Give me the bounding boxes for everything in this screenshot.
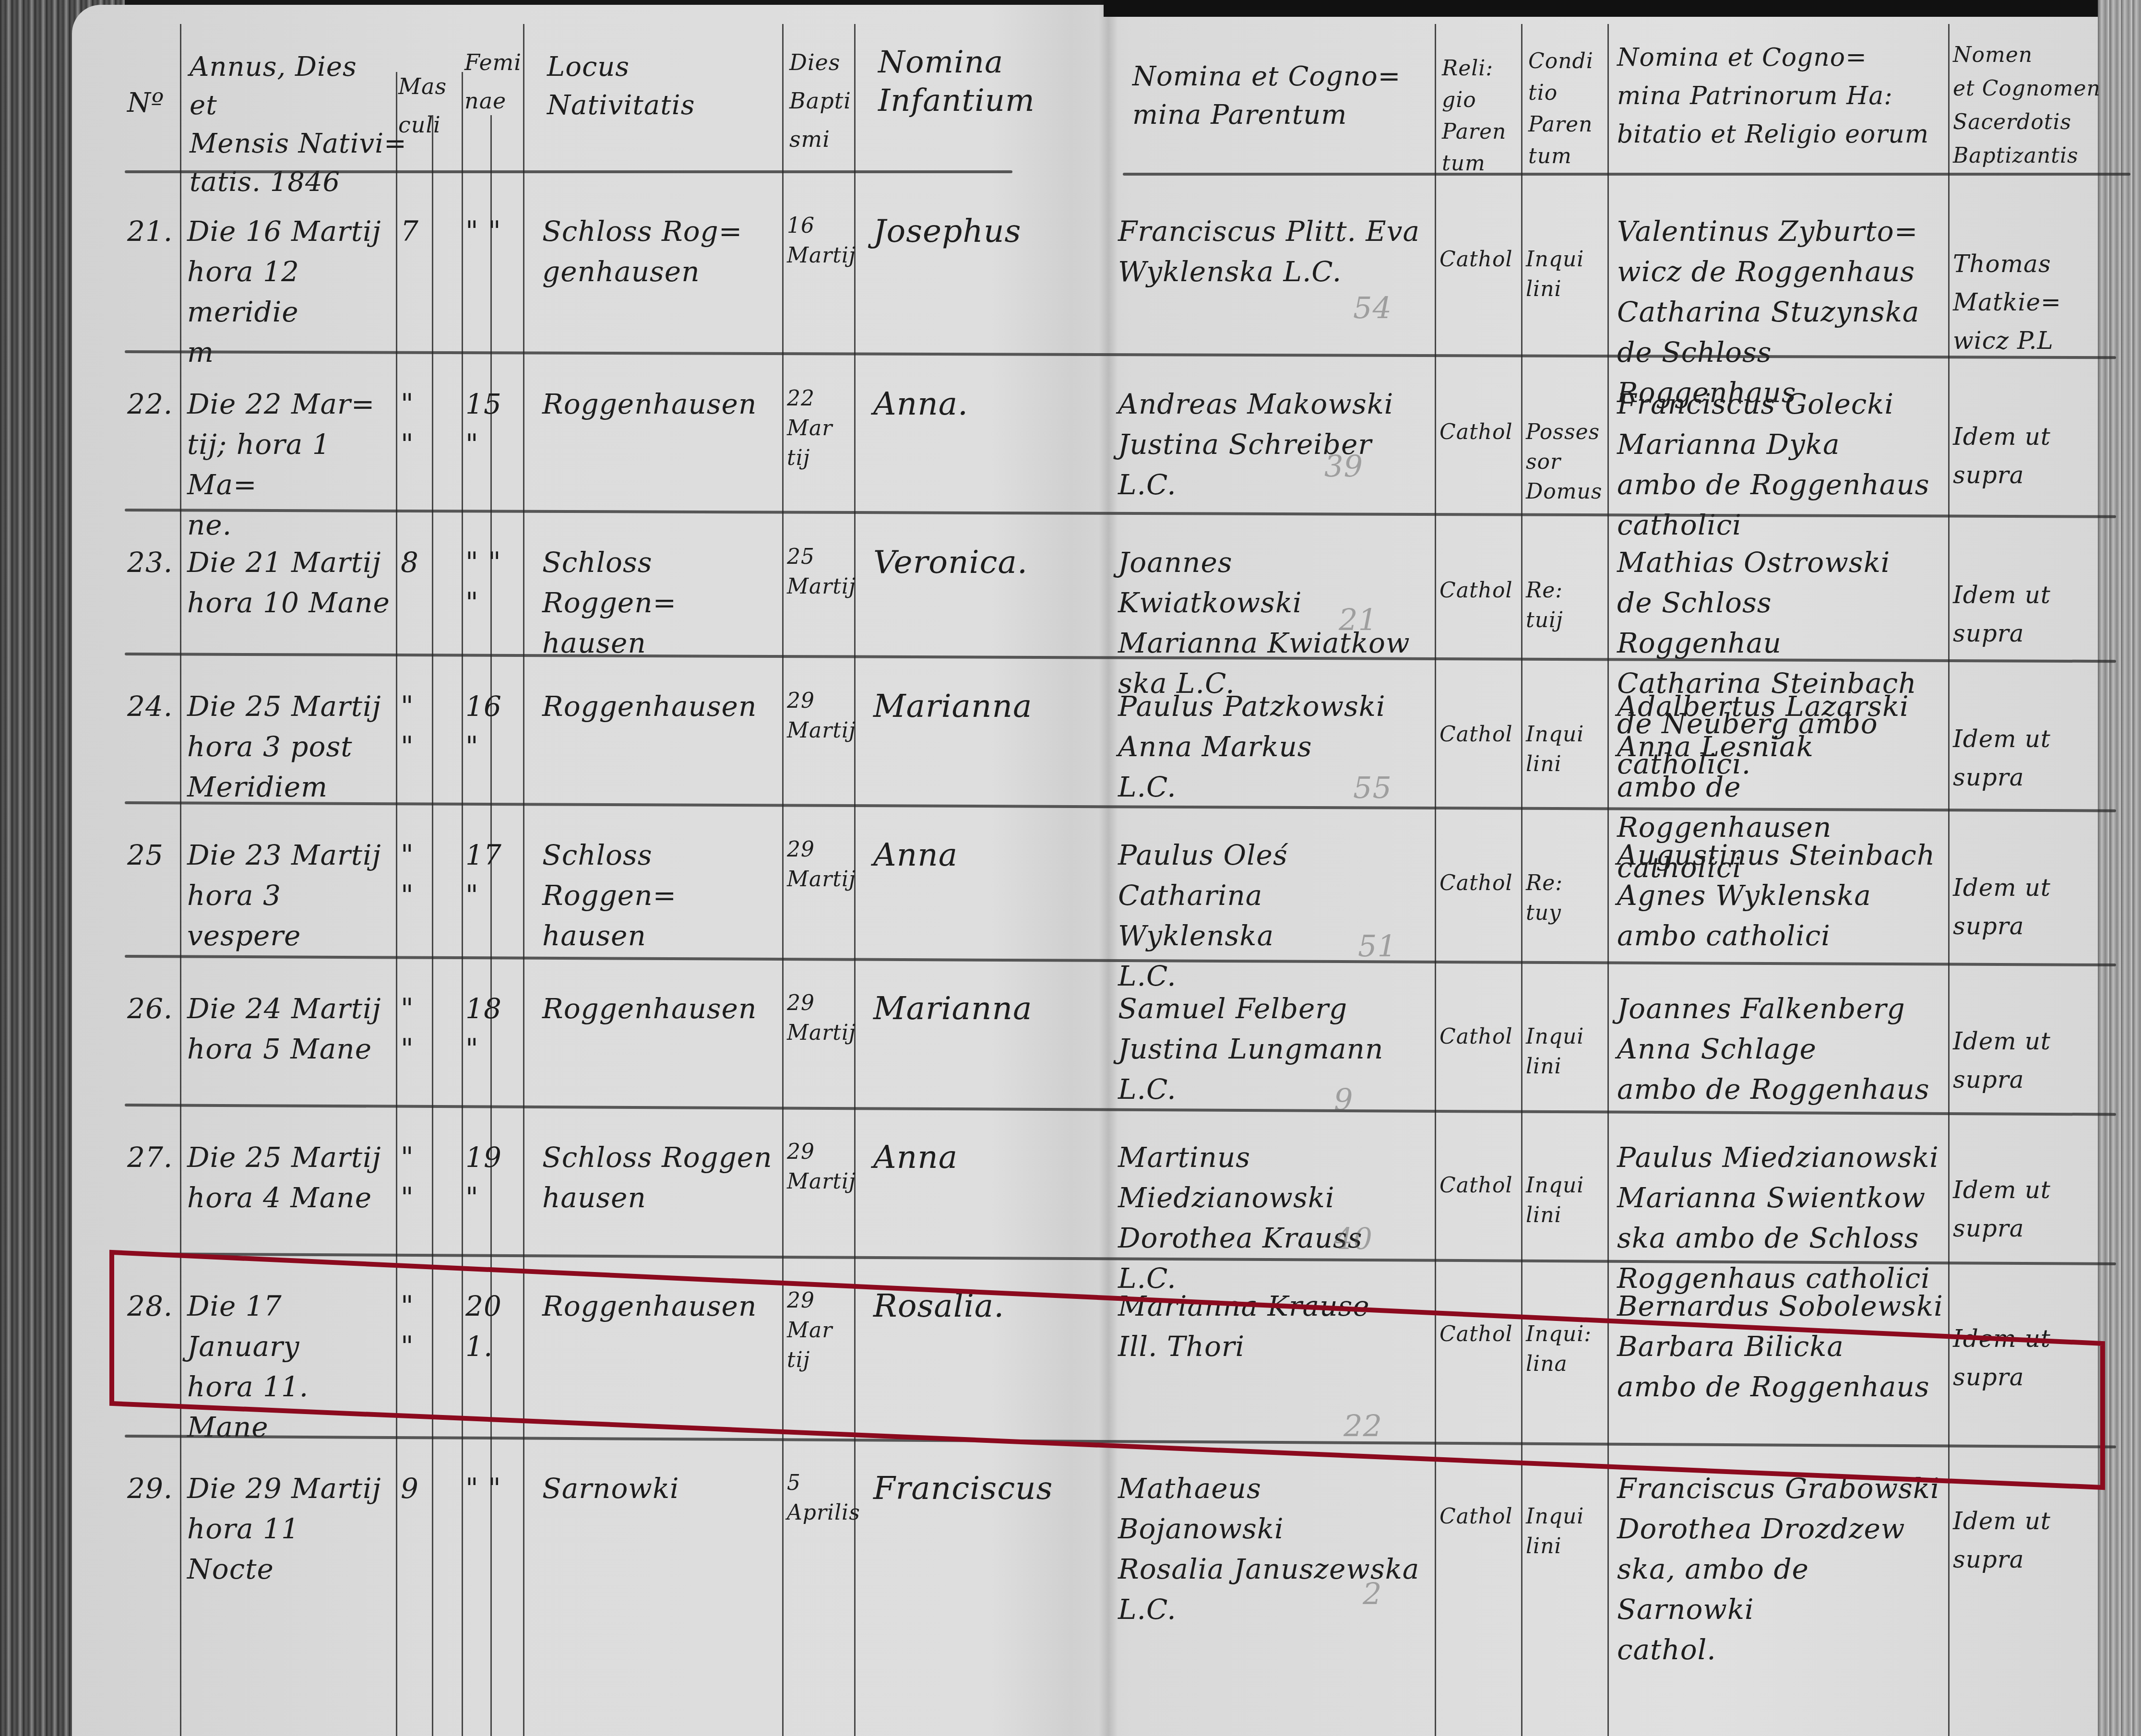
entry-conditio: Re: tuij <box>1526 576 1603 635</box>
entry-religio: Cathol <box>1439 720 1516 749</box>
entry-sacerdos: Idem ut supra <box>1953 1320 2106 1396</box>
entry-masc: " " <box>401 988 429 1069</box>
entry-date: Die 17 January hora 11. Mane <box>187 1286 393 1447</box>
entry-locus: Roggenhausen <box>542 686 773 726</box>
entry-conditio: Inqui lini <box>1526 1502 1603 1561</box>
header-rule <box>1123 173 2130 176</box>
entry-nomen: Anna. <box>873 384 1113 424</box>
entry-no: 26. <box>127 988 156 1029</box>
entry-masc: 8 <box>401 542 429 583</box>
entry-date: Die 22 Mar= tij; hora 1 Ma= ne. <box>187 384 393 545</box>
header-number: Nº <box>127 84 164 122</box>
entry-masc: " " <box>401 686 429 767</box>
entry-nomen: Anna <box>873 835 1113 875</box>
entry-parentes: Samuel Felberg Justina Lungmann L.C. <box>1118 988 1425 1109</box>
entry-patrini: Paulus Miedzianowski Marianna Swientkow … <box>1617 1137 1943 1298</box>
pencil-margin-number: 39 <box>1324 446 1363 487</box>
entry-fem: " " <box>465 211 523 251</box>
pencil-margin-number: 9 <box>1334 1080 1353 1120</box>
entry-bapt: 29 Martij <box>787 1137 849 1197</box>
column-rule <box>1435 24 1436 1736</box>
entry-masc: " " <box>401 1286 429 1367</box>
entry-no: 21. <box>127 211 156 251</box>
entry-masc: " " <box>401 835 429 916</box>
entry-locus: Roggenhausen <box>542 988 773 1029</box>
entry-nomen: Marianna <box>873 686 1113 726</box>
entry-no: 23. <box>127 542 156 583</box>
entry-nomen: Franciscus <box>873 1468 1113 1509</box>
entry-religio: Cathol <box>1439 1320 1516 1349</box>
entry-sacerdos: Idem ut supra <box>1953 576 2106 653</box>
entry-religio: Cathol <box>1439 1171 1516 1201</box>
column-rule <box>180 24 181 1736</box>
entry-sacerdos: Idem ut supra <box>1953 1171 2106 1248</box>
entry-fem: 15 " <box>465 384 523 464</box>
column-rule <box>1521 24 1522 1736</box>
entry-bapt: 5 Aprilis <box>787 1468 849 1528</box>
entry-bapt: 22 Mar tij <box>787 384 849 473</box>
entry-locus: Schloss Roggen= hausen <box>542 542 773 663</box>
entry-fem: 18 " <box>465 988 523 1069</box>
header-priest: Nomen et Cognomen Sacerdotis Baptizantis <box>1953 38 2101 173</box>
entry-date: Die 29 Martij hora 11 Nocte <box>187 1468 393 1589</box>
entry-sacerdos: Idem ut supra <box>1953 868 2106 945</box>
scan-shadow <box>1104 0 2141 17</box>
entry-religio: Cathol <box>1439 868 1516 898</box>
header-baptism-day: Dies Bapti smi <box>789 43 851 158</box>
entry-sacerdos: Thomas Matkie= wicz P.L <box>1953 245 2106 360</box>
header-locus: Locus Nativitatis <box>547 48 695 125</box>
entry-patrini: Valentinus Zyburto= wicz de Roggenhaus C… <box>1617 211 1943 413</box>
entry-no: 25 <box>127 835 156 875</box>
entry-date: Die 16 Martij hora 12 meridie m <box>187 211 393 372</box>
entry-sacerdos: Idem ut supra <box>1953 1022 2106 1099</box>
entry-masc: 9 <box>401 1468 429 1509</box>
column-rule <box>523 24 524 1736</box>
entry-date: Die 25 Martij hora 3 post Meridiem <box>187 686 393 807</box>
entry-date: Die 25 Martij hora 4 Mane <box>187 1137 393 1218</box>
pencil-margin-number: 21 <box>1339 600 1378 640</box>
entry-conditio: Inqui lini <box>1526 1022 1603 1082</box>
column-rule <box>462 72 463 1736</box>
column-rule <box>396 72 397 1736</box>
entry-bapt: 29 Martij <box>787 988 849 1048</box>
entry-locus: Schloss Roggen= hausen <box>542 835 773 956</box>
entry-fem: 20 1. <box>465 1286 523 1367</box>
entry-patrini: Augustinus Steinbach Agnes Wyklenska amb… <box>1617 835 1943 956</box>
entry-nomen: Marianna <box>873 988 1113 1029</box>
entry-fem: 17 " <box>465 835 523 916</box>
column-rule <box>432 115 433 1736</box>
column-rule <box>782 24 784 1736</box>
entry-date: Die 23 Martij hora 3 vespere <box>187 835 393 956</box>
header-masculi: Mas culi <box>398 67 447 144</box>
entry-fem: 19 " <box>465 1137 523 1218</box>
entry-conditio: Inqui lini <box>1526 245 1603 304</box>
register-scan: Nº Annus, Dies et Mensis Nativi= tatis. … <box>0 0 2141 1736</box>
entry-no: 29. <box>127 1468 156 1509</box>
entry-parentes: Franciscus Plitt. Eva Wyklenska L.C. <box>1118 211 1425 292</box>
entry-masc: " " <box>401 384 429 464</box>
entry-no: 27. <box>127 1137 156 1177</box>
entry-no: 24. <box>127 686 156 726</box>
entry-conditio: Re: tuy <box>1526 868 1603 928</box>
entry-conditio: Inqui lini <box>1526 1171 1603 1230</box>
entry-bapt: 16 Martij <box>787 211 849 271</box>
entry-fem: " " <box>465 1468 523 1509</box>
entry-patrini: Bernardus Sobolewski Barbara Bilicka amb… <box>1617 1286 1943 1407</box>
entry-locus: Sarnowki <box>542 1468 773 1509</box>
pencil-margin-number: 51 <box>1358 926 1397 966</box>
entry-fem: 16 " <box>465 686 523 767</box>
column-rule <box>1607 24 1609 1736</box>
header-rule <box>125 170 1012 173</box>
pencil-margin-number: 22 <box>1344 1406 1382 1446</box>
entry-bapt: 29 Mar tij <box>787 1286 849 1375</box>
header-godparents: Nomina et Cogno= mina Patrinorum Ha: bit… <box>1617 38 1929 154</box>
entry-locus: Roggenhausen <box>542 1286 773 1326</box>
entry-conditio: Inqui: lina <box>1526 1320 1603 1379</box>
entry-patrini: Franciscus Grabowski Dorothea Drozdzew s… <box>1617 1468 1943 1670</box>
entry-patrini: Joannes Falkenberg Anna Schlage ambo de … <box>1617 988 1943 1109</box>
header-condition: Condi tio Paren tum <box>1528 46 1594 172</box>
entry-religio: Cathol <box>1439 576 1516 606</box>
entry-locus: Schloss Roggen hausen <box>542 1137 773 1218</box>
entry-date: Die 21 Martij hora 10 Mane <box>187 542 393 623</box>
entry-locus: Roggenhausen <box>542 384 773 424</box>
entry-religio: Cathol <box>1439 417 1516 447</box>
entry-parentes: Paulus Oleś Catharina Wyklenska L.C. <box>1118 835 1425 996</box>
entry-parentes: Joannes Kwiatkowski Marianna Kwiatkow sk… <box>1118 542 1425 703</box>
entry-sacerdos: Idem ut supra <box>1953 417 2106 494</box>
pencil-margin-number: 2 <box>1363 1574 1382 1614</box>
header-religion: Reli: gio Paren tum <box>1442 53 1506 179</box>
pencil-margin-number: 40 <box>1334 1219 1373 1259</box>
entry-nomen: Rosalia. <box>873 1286 1113 1326</box>
entry-masc: 7 <box>401 211 429 251</box>
entry-conditio: Inqui lini <box>1526 720 1603 779</box>
entry-fem: " " " <box>465 542 523 623</box>
entry-sacerdos: Idem ut supra <box>1953 720 2106 797</box>
entry-bapt: 29 Martij <box>787 686 849 746</box>
entry-no: 28. <box>127 1286 156 1326</box>
header-birth-date: Annus, Dies et Mensis Nativi= tatis. 184… <box>190 48 407 202</box>
entry-conditio: Posses sor Domus <box>1526 417 1603 507</box>
entry-religio: Cathol <box>1439 1502 1516 1532</box>
entry-masc: " " <box>401 1137 429 1218</box>
entry-parentes: Marianna Krause Ill. Thori <box>1118 1286 1425 1367</box>
header-infant-names: Nomina Infantium <box>878 43 1035 120</box>
header-parents: Nomina et Cogno= mina Parentum <box>1132 58 1401 134</box>
pencil-margin-number: 54 <box>1353 288 1392 328</box>
entry-no: 22. <box>127 384 156 424</box>
entry-bapt: 29 Martij <box>787 835 849 894</box>
entry-parentes: Andreas Makowski Justina Schreiber L.C. <box>1118 384 1425 505</box>
pencil-margin-number: 55 <box>1353 768 1392 808</box>
entry-nomen: Josephus <box>873 211 1113 251</box>
entry-nomen: Veronica. <box>873 542 1113 583</box>
entry-nomen: Anna <box>873 1137 1113 1177</box>
entry-sacerdos: Idem ut supra <box>1953 1502 2106 1579</box>
entry-date: Die 24 Martij hora 5 Mane <box>187 988 393 1069</box>
entry-religio: Cathol <box>1439 245 1516 274</box>
entry-bapt: 25 Martij <box>787 542 849 602</box>
header-feminae: Femi nae <box>464 43 522 120</box>
entry-parentes: Martinus Miedzianowski Dorothea Krauss L… <box>1118 1137 1425 1298</box>
entry-religio: Cathol <box>1439 1022 1516 1052</box>
entry-patrini: Franciscus Golecki Marianna Dyka ambo de… <box>1617 384 1943 545</box>
entry-locus: Schloss Rog= genhausen <box>542 211 773 292</box>
column-rule <box>1948 24 1950 1736</box>
